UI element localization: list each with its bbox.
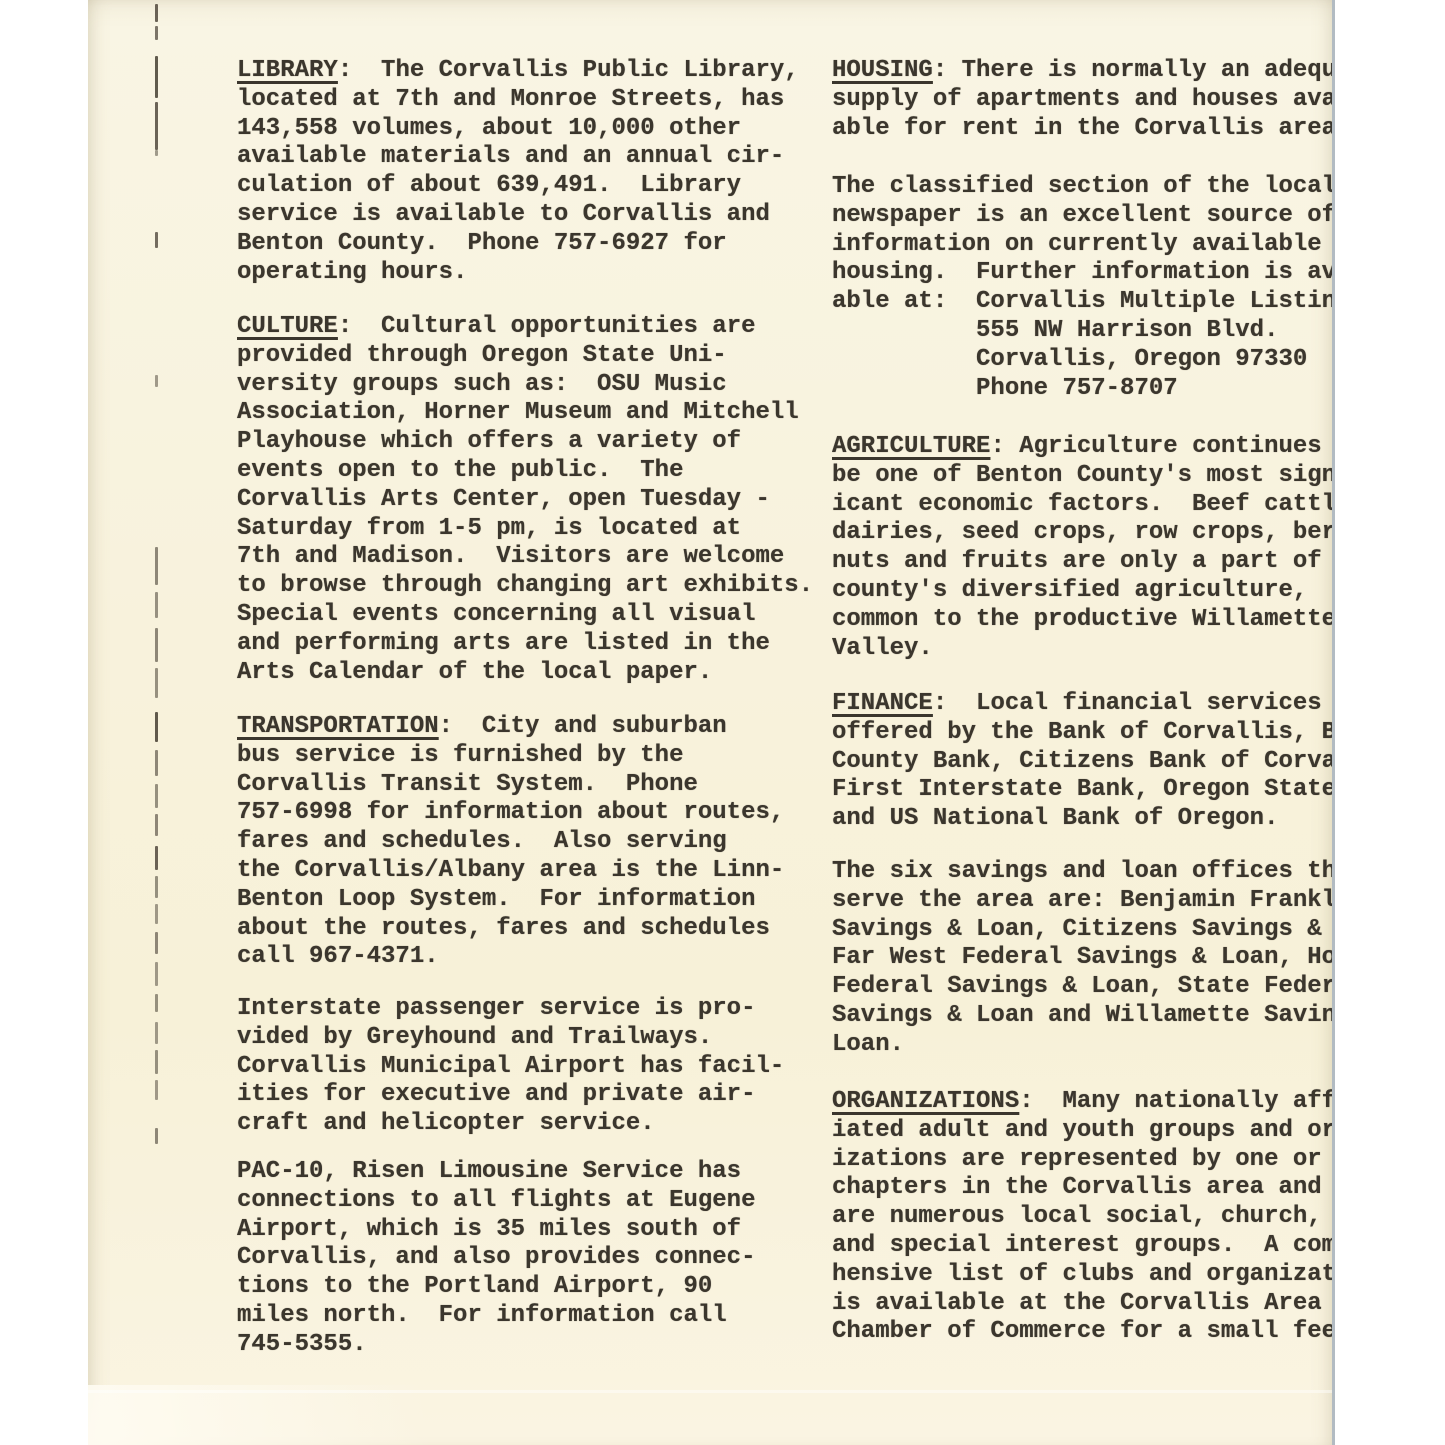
text-line: miles north. For information call [237,1302,822,1331]
text-line: newspaper is an excellent source of [832,202,1332,231]
text-line: hensive list of clubs and organizati [832,1261,1332,1290]
text-line: FINANCE: Local financial services [832,690,1332,719]
text-line: fares and schedules. Also serving [237,828,822,857]
section-culture: CULTURE: Cultural opportunities areprovi… [237,313,822,687]
text-line: 745-5355. [237,1331,822,1360]
text-line: Association, Horner Museum and Mitchell [237,399,822,428]
section-finance: FINANCE: Local financial servicesoffered… [832,690,1332,834]
scan-artifact-mark [155,56,158,98]
scan-artifact-mark [155,994,158,1012]
text-line: Phone 757-8707 [832,375,1332,404]
scan-artifact-mark [155,932,158,954]
section-agriculture: AGRICULTURE: Agriculture continuesbe one… [832,433,1332,663]
scanned-document-page: LIBRARY: The Corvallis Public Library,lo… [0,0,1445,1445]
text-line: Saturday from 1-5 pm, is located at [237,515,822,544]
text-line: common to the productive Willamette [832,606,1332,635]
text-line: be one of Benton County's most sign [832,462,1332,491]
text-line: LIBRARY: The Corvallis Public Library, [237,57,822,86]
section-transportation: TRANSPORTATION: City and suburbanbus ser… [237,713,822,972]
scan-artifact-mark [155,846,158,870]
section-finance-savings: The six savings and loan offices thserve… [832,858,1332,1060]
text-line: information on currently available [832,231,1332,260]
text-line: bus service is furnished by the [237,742,822,771]
text-line: events open to the public. The [237,457,822,486]
text-line: the Corvallis/Albany area is the Linn- [237,857,822,886]
section-heading: CULTURE [237,313,338,340]
text-line: Corvallis, and also provides connec- [237,1244,822,1273]
text-line: ities for executive and private air- [237,1081,822,1110]
text-line: Arts Calendar of the local paper. [237,659,822,688]
scan-artifact-mark [155,962,158,986]
section-heading: TRANSPORTATION [237,713,439,740]
text-line: and special interest groups. A comp [832,1232,1332,1261]
scan-artifact-mark [155,150,158,156]
text-line: vided by Greyhound and Trailways. [237,1024,822,1053]
text-line: service is available to Corvallis and [237,201,822,230]
text-line: are numerous local social, church, [832,1203,1332,1232]
text-line: versity groups such as: OSU Music [237,371,822,400]
text-line: icant economic factors. Beef cattl [832,491,1332,520]
text-line: to browse through changing art exhibits. [237,572,822,601]
scan-artifact-mark [155,904,158,924]
section-housing: HOUSING: There is normally an adequsuppl… [832,57,1332,143]
scan-artifact-mark [155,668,158,698]
text-line: The six savings and loan offices th [832,858,1332,887]
text-line: serve the area are: Benjamin Frankl [832,887,1332,916]
text-line: about the routes, fares and schedules [237,915,822,944]
section-pac-10-limousine: PAC-10, Risen Limousine Service hasconne… [237,1158,822,1360]
text-line: CULTURE: Cultural opportunities are [237,313,822,342]
text-line: ORGANIZATIONS: Many nationally aff [832,1088,1332,1117]
scan-artifact-mark [155,750,158,776]
section-housing-classified: The classified section of the localnewsp… [832,173,1332,403]
text-line: and US National Bank of Oregon. [832,805,1332,834]
section-organizations: ORGANIZATIONS: Many nationally affiated … [832,1088,1332,1347]
scan-artifact-mark [155,1050,158,1074]
text-line: Chamber of Commerce for a small fee. [832,1318,1332,1347]
text-line: AGRICULTURE: Agriculture continues [832,433,1332,462]
text-line: Far West Federal Savings & Loan, Ho [832,944,1332,973]
text-line: offered by the Bank of Corvallis, B [832,719,1332,748]
text-line: Benton County. Phone 757-6927 for [237,230,822,259]
column-left: LIBRARY: The Corvallis Public Library,lo… [237,0,822,1445]
scan-artifact-mark [155,814,158,836]
text-line: is available at the Corvallis Area [832,1290,1332,1319]
text-line: Corvallis Municipal Airport has facil- [237,1053,822,1082]
heading-line-rest: : Local financial services [933,690,1322,717]
scan-artifact-mark [155,102,158,150]
text-line: craft and helicopter service. [237,1110,822,1139]
text-line: 757-6998 for information about routes, [237,799,822,828]
heading-line-rest: : Agriculture continues [990,433,1321,460]
text-line: available materials and an annual cir- [237,143,822,172]
text-line: Special events concerning all visual [237,601,822,630]
text-line: call 967-4371. [237,943,822,972]
text-line: Savings & Loan and Willamette Savin [832,1002,1332,1031]
scan-artifact-mark [155,232,158,248]
text-line: The classified section of the local [832,173,1332,202]
text-line: TRANSPORTATION: City and suburban [237,713,822,742]
heading-line-rest: : There is normally an adequ [933,57,1332,84]
scan-artifact-mark [155,628,158,662]
scan-artifact-mark [155,592,158,618]
heading-line-rest: : The Corvallis Public Library, [338,57,799,84]
section-heading: LIBRARY [237,57,338,84]
text-line: connections to all flights at Eugene [237,1187,822,1216]
text-line: operating hours. [237,259,822,288]
section-interstate-service: Interstate passenger service is pro-vide… [237,995,822,1139]
scan-artifact-mark [155,1128,158,1144]
section-heading: HOUSING [832,57,933,84]
text-line: Federal Savings & Loan, State Feder [832,973,1332,1002]
heading-line-rest: : City and suburban [439,713,727,740]
text-line: County Bank, Citizens Bank of Corva [832,748,1332,777]
section-library: LIBRARY: The Corvallis Public Library,lo… [237,57,822,287]
text-line: provided through Oregon State Uni- [237,342,822,371]
text-line: Valley. [832,635,1332,664]
text-line: culation of about 639,491. Library [237,172,822,201]
text-line: Loan. [832,1031,1332,1060]
scan-artifact-mark [155,784,158,808]
text-line: Savings & Loan, Citizens Savings & [832,916,1332,945]
text-line: Corvallis, Oregon 97330 [832,346,1332,375]
scan-artifact-mark [155,876,158,898]
text-line: tions to the Portland Airport, 90 [237,1273,822,1302]
text-line: able for rent in the Corvallis area [832,115,1332,144]
section-heading: FINANCE [832,690,933,717]
text-line: Corvallis Transit System. Phone [237,771,822,800]
text-line: located at 7th and Monroe Streets, has [237,86,822,115]
scan-artifact-mark [155,375,158,387]
text-line: chapters in the Corvallis area and [832,1174,1332,1203]
text-line: Corvallis Arts Center, open Tuesday - [237,486,822,515]
text-line: nuts and fruits are only a part of [832,548,1332,577]
scan-artifact-mark [155,1080,158,1100]
text-line: izations are represented by one or [832,1146,1332,1175]
scan-artifact-mark [155,1022,158,1044]
text-line: PAC-10, Risen Limousine Service has [237,1158,822,1187]
heading-line-rest: : Many nationally aff [1019,1088,1332,1115]
text-line: able at: Corvallis Multiple Listin [832,288,1332,317]
text-line: and performing arts are listed in the [237,630,822,659]
paper: LIBRARY: The Corvallis Public Library,lo… [88,0,1335,1445]
text-line: Interstate passenger service is pro- [237,995,822,1024]
text-line: Benton Loop System. For information [237,886,822,915]
scan-artifact-mark [155,712,158,742]
text-line: housing. Further information is av [832,259,1332,288]
text-line: 7th and Madison. Visitors are welcome [237,543,822,572]
text-line: Playhouse which offers a variety of [237,428,822,457]
text-line: county's diversified agriculture, [832,577,1332,606]
heading-line-rest: : Cultural opportunities are [338,313,756,340]
text-line: HOUSING: There is normally an adequ [832,57,1332,86]
text-line: First Interstate Bank, Oregon State [832,776,1332,805]
scan-artifact-mark [155,26,158,40]
text-line: iated adult and youth groups and or [832,1117,1332,1146]
text-line: dairies, seed crops, row crops, ber [832,519,1332,548]
text-line: Airport, which is 35 miles south of [237,1216,822,1245]
text-line: 555 NW Harrison Blvd. [832,317,1332,346]
column-right: HOUSING: There is normally an adequsuppl… [832,0,1332,1445]
section-heading: AGRICULTURE [832,433,990,460]
text-line: supply of apartments and houses ava [832,86,1332,115]
scan-artifact-mark [155,547,158,585]
scan-artifact-mark [155,4,158,22]
text-line: 143,558 volumes, about 10,000 other [237,115,822,144]
section-heading: ORGANIZATIONS [832,1088,1019,1115]
